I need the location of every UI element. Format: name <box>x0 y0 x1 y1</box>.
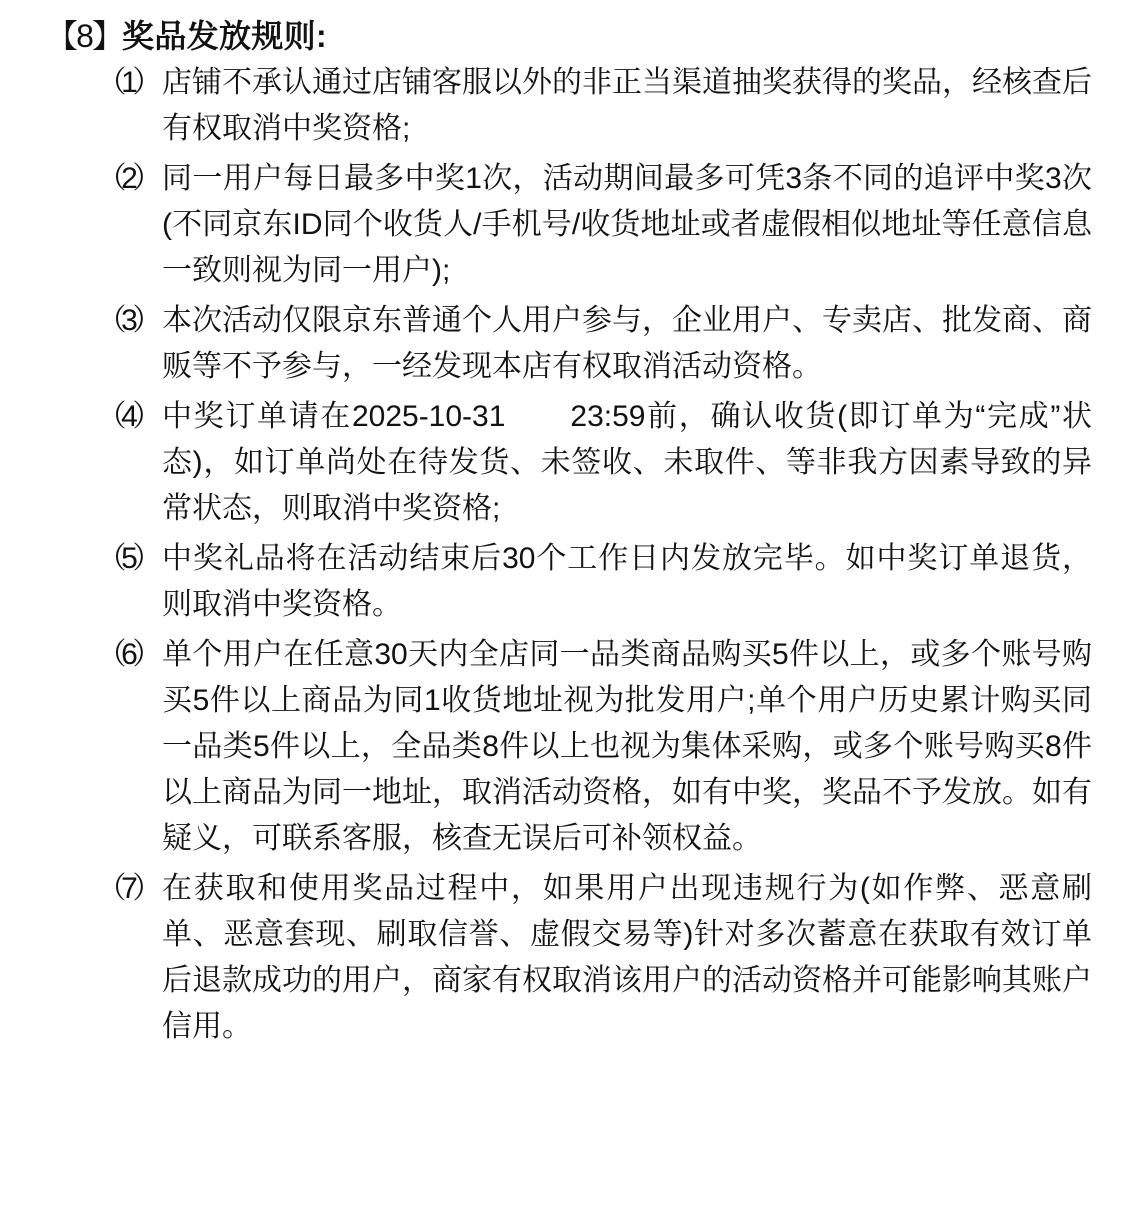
rule-number: （6） <box>97 632 163 678</box>
rule-number: （5） <box>97 536 163 582</box>
section-heading: 【8】奖品发放规则: <box>0 13 1092 59</box>
rule-number: （3） <box>97 298 163 344</box>
rule-item-7: （7） 在获取和使用奖品过程中，如果用户出现违规行为(如作弊、恶意刷单、恶意套现… <box>162 866 1092 1050</box>
rules-list: （1） 店铺不承认通过店铺客服以外的非正当渠道抽奖获得的奖品，经核查后有权取消中… <box>0 60 1092 1050</box>
rule-text: 单个用户在任意30天内全店同一品类商品购买5件以上，或多个账号购买5件以上商品为… <box>162 638 1092 855</box>
rule-number: （1） <box>97 60 163 106</box>
rule-text: 在获取和使用奖品过程中，如果用户出现违规行为(如作弊、恶意刷单、恶意套现、刷取信… <box>162 872 1092 1043</box>
rule-number: （7） <box>97 866 163 912</box>
rule-text: 中奖订单请在2025-10-31 23:59前，确认收货(即订单为“完成”状态)… <box>162 400 1092 525</box>
rule-item-6: （6） 单个用户在任意30天内全店同一品类商品购买5件以上，或多个账号购买5件以… <box>162 632 1092 862</box>
rule-number: （4） <box>97 394 163 440</box>
section-number: 【8】 <box>46 18 122 54</box>
rule-item-2: （2） 同一用户每日最多中奖1次，活动期间最多可凭3条不同的追评中奖3次(不同京… <box>162 156 1092 294</box>
rule-item-5: （5） 中奖礼品将在活动结束后30个工作日内发放完毕。如中奖订单退货，则取消中奖… <box>162 536 1092 628</box>
rule-item-4: （4） 中奖订单请在2025-10-31 23:59前，确认收货(即订单为“完成… <box>162 394 1092 532</box>
rule-text: 中奖礼品将在活动结束后30个工作日内发放完毕。如中奖订单退货，则取消中奖资格。 <box>162 542 1092 621</box>
rule-text: 店铺不承认通过店铺客服以外的非正当渠道抽奖获得的奖品，经核查后有权取消中奖资格; <box>162 66 1092 145</box>
rule-number: （2） <box>97 156 163 202</box>
rule-text: 同一用户每日最多中奖1次，活动期间最多可凭3条不同的追评中奖3次(不同京东ID同… <box>162 162 1092 287</box>
rule-text: 本次活动仅限京东普通个人用户参与，企业用户、专卖店、批发商、商贩等不予参与，一经… <box>162 304 1092 383</box>
rule-item-1: （1） 店铺不承认通过店铺客服以外的非正当渠道抽奖获得的奖品，经核查后有权取消中… <box>162 60 1092 152</box>
rule-item-3: （3） 本次活动仅限京东普通个人用户参与，企业用户、专卖店、批发商、商贩等不予参… <box>162 298 1092 390</box>
section-title: 奖品发放规则: <box>122 18 327 54</box>
rules-document: 【8】奖品发放规则: （1） 店铺不承认通过店铺客服以外的非正当渠道抽奖获得的奖… <box>0 0 1125 1222</box>
